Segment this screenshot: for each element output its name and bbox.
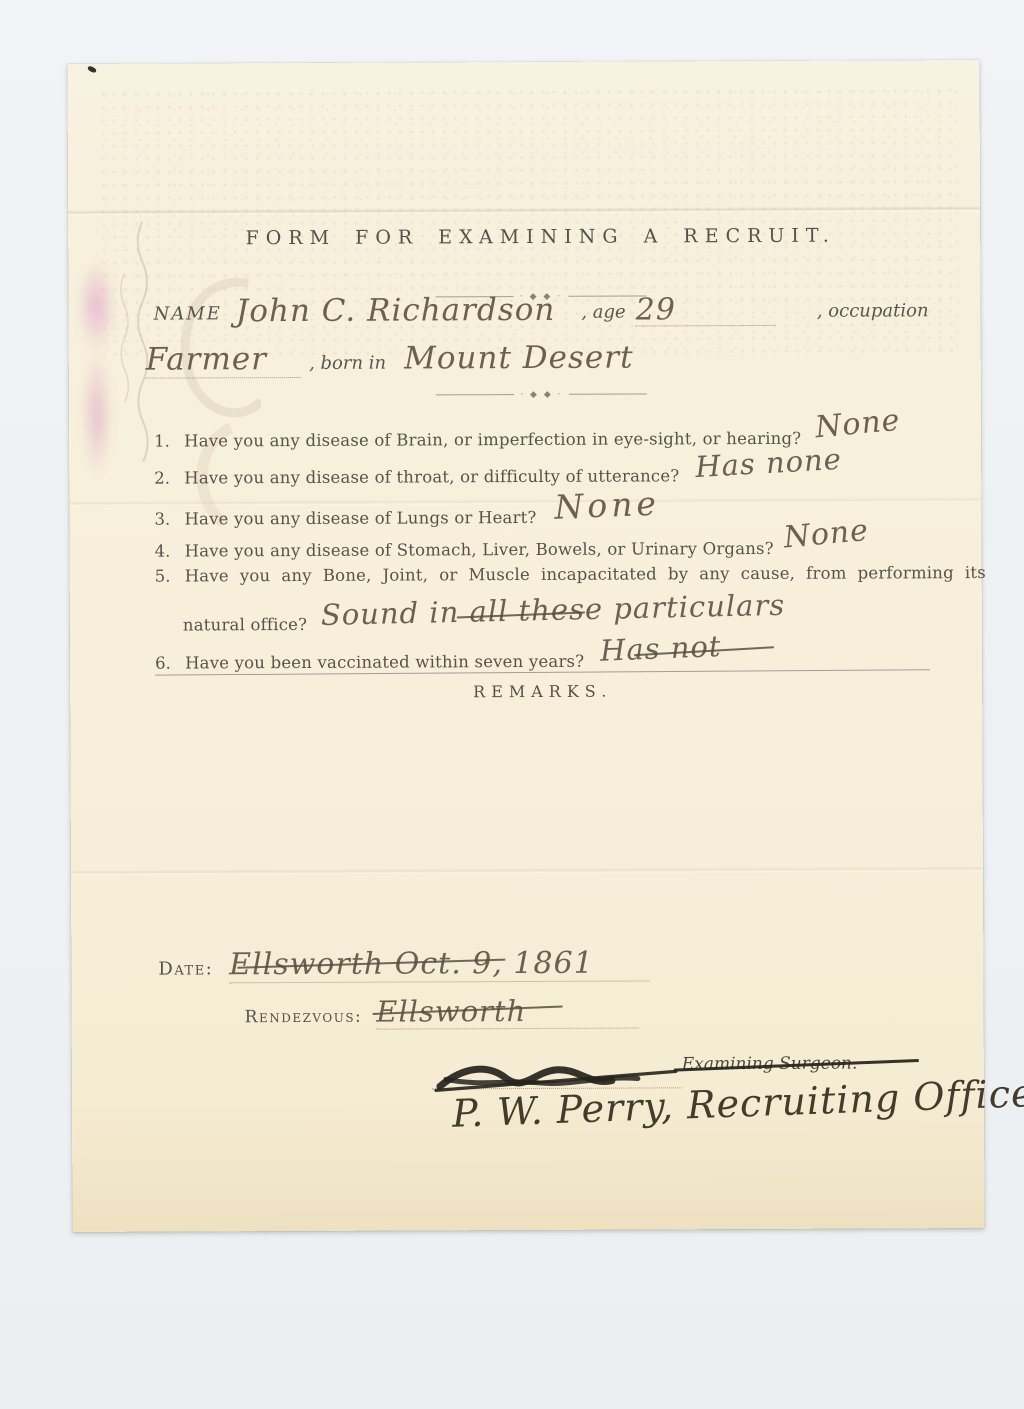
birth-line: Farmer , born in Mount Desert	[146, 340, 634, 379]
rendezvous-value: Ellsworth	[376, 994, 526, 1029]
question-item-4: 4.Have you any disease of Stomach, Liver…	[154, 526, 929, 564]
ornament-line	[568, 393, 646, 394]
question-text: Have you any disease of Stomach, Liver, …	[185, 539, 774, 561]
ornament-divider-bottom: · ◆ ◆ ·	[154, 378, 929, 391]
question-text: Have you any disease of Brain, or imperf…	[184, 429, 801, 451]
document-paper: FORM FOR EXAMINING A RECRUIT. · ◆ ◆ · NA…	[67, 60, 984, 1232]
scan-background: FORM FOR EXAMINING A RECRUIT. · ◆ ◆ · NA…	[0, 0, 1024, 1409]
question-item-5: 5.Have you any Bone, Joint, or Muscle in…	[155, 563, 930, 585]
ornament-diamonds-icon: · ◆ ◆ ·	[520, 389, 562, 399]
question-answer: Sound in all these particulars	[321, 588, 786, 632]
age-blank: 29	[636, 290, 776, 327]
question-answer: None	[782, 513, 870, 556]
born-label: , born in	[309, 353, 386, 374]
birthplace-value: Mount Desert	[404, 340, 634, 377]
question-number: 5.	[155, 566, 185, 585]
remarks-heading: REMARKS.	[155, 680, 930, 702]
question-text: Have you any disease of Lungs or Heart?	[184, 508, 536, 529]
question-text: Have you any disease of throat, or diffi…	[184, 466, 679, 487]
surgeon-title: Examining Surgeon.	[682, 1054, 858, 1075]
name-label: NAME	[154, 303, 222, 324]
form-title: FORM FOR EXAMINING A RECRUIT.	[153, 224, 928, 249]
question-answer: Has none	[694, 442, 842, 484]
question-item-2: 2.Have you any disease of throat, or dif…	[154, 453, 929, 490]
age-value: 29	[636, 292, 676, 327]
question-number: 1.	[154, 431, 184, 450]
question-answer: Has not	[600, 629, 723, 668]
question-number: 6.	[155, 653, 185, 672]
rendezvous-line: Rendezvous: Ellsworth	[245, 994, 639, 1031]
question-answer: None	[814, 403, 902, 446]
age-label: , age	[581, 302, 625, 323]
question-text: Have you any Bone, Joint, or Muscle inca…	[185, 563, 986, 585]
date-line: Date: Ellsworth Oct. 9, 1861	[158, 945, 649, 983]
date-label: Date:	[158, 958, 213, 979]
ink-speck	[87, 65, 97, 74]
question-number: 2.	[154, 468, 184, 487]
question-number: 4.	[155, 541, 185, 560]
date-value: Ellsworth Oct. 9, 1861	[229, 946, 594, 983]
ornament-line	[436, 394, 514, 395]
name-line: NAME John C. Richardson , age 29 , occup…	[153, 288, 928, 328]
question-item-5-line2: natural office?Sound in all these partic…	[155, 600, 930, 637]
question-text: Have you been vaccinated within seven ye…	[185, 652, 584, 673]
rendezvous-label: Rendezvous:	[245, 1007, 363, 1028]
name-value: John C. Richardson	[236, 292, 556, 329]
occupation-label: , occupation	[817, 300, 929, 321]
question-text-continued: natural office?	[183, 615, 307, 635]
question-answer: None	[554, 484, 661, 527]
question-number: 3.	[154, 509, 184, 528]
occupation-value: Farmer	[146, 341, 301, 379]
